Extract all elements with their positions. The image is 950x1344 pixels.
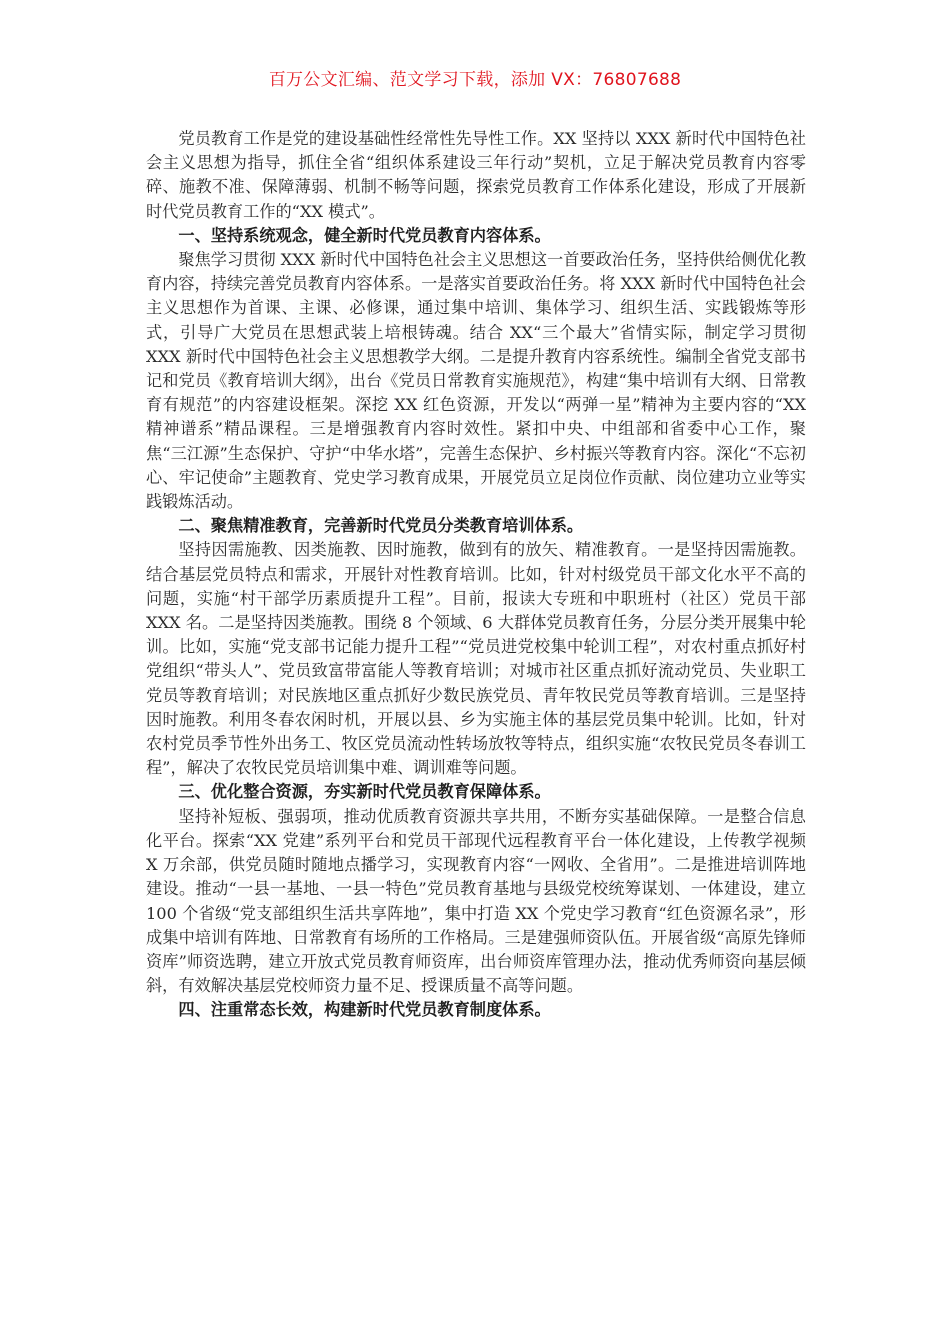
promo-banner: 百万公文汇编、范文学习下载，添加 VX：76807688 [0,66,950,94]
section-3-paragraph: 坚持补短板、强弱项，推动优质教育资源共享共用，不断夯实基础保障。一是整合信息化平… [146,805,806,999]
section-1-paragraph: 聚焦学习贯彻 XXX 新时代中国特色社会主义思想这一首要政治任务，坚持供给侧优化… [146,248,806,514]
document-page: 百万公文汇编、范文学习下载，添加 VX：76807688 党员教育工作是党的建设… [0,0,950,1344]
section-2-paragraph: 坚持因需施教、因类施教、因时施教，做到有的放矢、精准教育。一是坚持因需施教。结合… [146,538,806,780]
section-heading-1: 一、坚持系统观念，健全新时代党员教育内容体系。 [146,224,806,248]
section-heading-2: 二、聚焦精准教育，完善新时代党员分类教育培训体系。 [146,514,806,538]
intro-paragraph: 党员教育工作是党的建设基础性经常性先导性工作。XX 坚持以 XXX 新时代中国特… [146,127,806,224]
document-body: 党员教育工作是党的建设基础性经常性先导性工作。XX 坚持以 XXX 新时代中国特… [146,127,806,1023]
section-heading-4: 四、注重常态长效，构建新时代党员教育制度体系。 [146,998,806,1022]
section-heading-3: 三、优化整合资源，夯实新时代党员教育保障体系。 [146,780,806,804]
